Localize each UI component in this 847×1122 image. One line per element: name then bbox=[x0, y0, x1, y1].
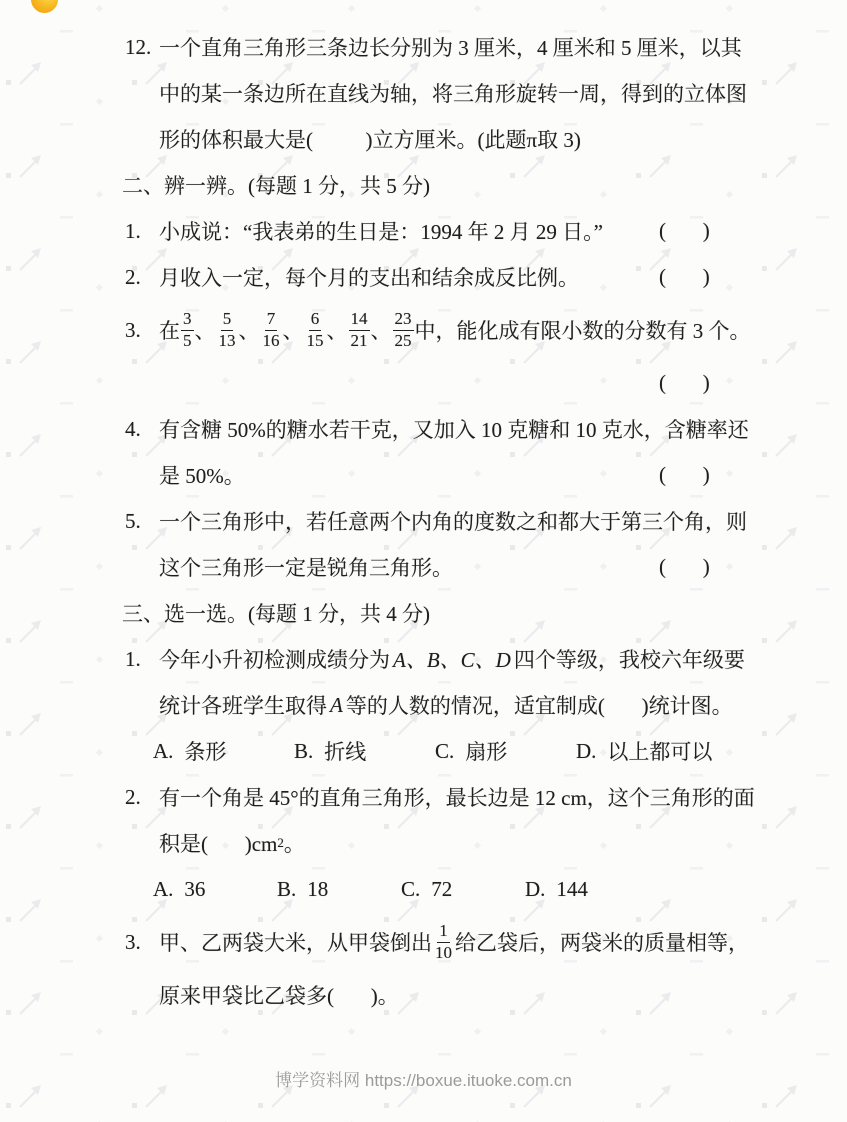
item-number: 1. bbox=[125, 647, 159, 672]
item-text: 统计各班学生取得 bbox=[159, 690, 327, 720]
tf-item-5-line1: 5. 一个三角形中，若任意两个内角的度数之和都大于第三个角，则 bbox=[0, 498, 847, 544]
option-b: B.折线 bbox=[294, 736, 435, 766]
question-text: 形的体积最大是( )立方厘米。(此题π取 3) bbox=[159, 124, 581, 154]
question-12-line2: 中的某一条边所在直线为轴，将三角形旋转一周，得到的立体图 bbox=[0, 70, 847, 116]
page-footer: 博学资料网 https://boxue.ituoke.com.cn bbox=[0, 1066, 847, 1091]
item-text: 中，能化成有限小数的分数有 3 个。 bbox=[415, 315, 751, 345]
fraction-14-21: 1421 bbox=[349, 309, 370, 350]
item-text: 有含糖 50%的糖水若干克，又加入 10 克糖和 10 克水，含糖率还 bbox=[159, 414, 749, 444]
section-title: 三、选一选。(每题 1 分，共 4 分) bbox=[122, 598, 430, 628]
answer-paren: ( ) bbox=[659, 463, 710, 488]
answer-paren: ( ) bbox=[659, 219, 710, 244]
mc-q3-line1: 3. 甲、乙两袋大米，从甲袋倒出 110 给乙袋后，两袋米的质量相等， bbox=[0, 912, 847, 972]
answer-paren: ( ) bbox=[659, 555, 710, 580]
item-text: 在 bbox=[159, 315, 180, 345]
item-number: 2. bbox=[125, 265, 159, 290]
tf-section-header: 二、辨一辨。(每题 1 分，共 5 分) bbox=[0, 162, 847, 208]
question-12-line3: 形的体积最大是( )立方厘米。(此题π取 3) bbox=[0, 116, 847, 162]
fraction-7-16: 716 bbox=[261, 309, 282, 350]
fraction-separator: 、 bbox=[327, 315, 348, 345]
item-text: 四个等级，我校六年级要 bbox=[514, 644, 745, 674]
mc-q2-options: A.36 B.18 C.72 D.144 bbox=[0, 866, 847, 912]
option-c: C.72 bbox=[401, 877, 525, 902]
fraction-separator: 、 bbox=[239, 315, 260, 345]
grade-letter-a: A bbox=[327, 693, 346, 718]
grade-letters: A、B、C、D bbox=[390, 644, 514, 674]
item-number: 1. bbox=[125, 219, 159, 244]
item-text: 是 50%。 bbox=[159, 460, 245, 490]
mc-q2-line1: 2. 有一个角是 45°的直角三角形，最长边是 12 cm，这个三角形的面 bbox=[0, 774, 847, 820]
tf-item-1: 1. 小成说：“我表弟的生日是：1994 年 2 月 29 日。” ( ) bbox=[0, 208, 847, 254]
exam-content: 12. 一个直角三角形三条边长分别为 3 厘米，4 厘米和 5 厘米，以其 中的… bbox=[0, 24, 847, 1018]
question-text: 一个直角三角形三条边长分别为 3 厘米，4 厘米和 5 厘米，以其 bbox=[159, 32, 742, 62]
option-d: D.144 bbox=[525, 877, 588, 902]
tf-item-4-line1: 4. 有含糖 50%的糖水若干克，又加入 10 克糖和 10 克水，含糖率还 bbox=[0, 406, 847, 452]
fraction-5-13: 513 bbox=[217, 309, 238, 350]
footer-site-text: 博学资料网 https://boxue.ituoke.com.cn bbox=[275, 1071, 572, 1090]
fraction-23-25: 2325 bbox=[393, 309, 414, 350]
item-text: 月收入一定，每个月的支出和结余成反比例。 bbox=[159, 262, 579, 292]
item-text: 一个三角形中，若任意两个内角的度数之和都大于第三个角，则 bbox=[159, 506, 747, 536]
item-text: 有一个角是 45°的直角三角形，最长边是 12 cm，这个三角形的面 bbox=[159, 782, 755, 812]
item-text: 等的人数的情况，适宜制成( )统计图。 bbox=[346, 690, 733, 720]
tf-item-4-line2: 是 50%。 ( ) bbox=[0, 452, 847, 498]
fraction-separator: 、 bbox=[195, 315, 216, 345]
item-text: 小成说：“我表弟的生日是：1994 年 2 月 29 日。” bbox=[159, 216, 603, 246]
exam-page: 12. 一个直角三角形三条边长分别为 3 厘米，4 厘米和 5 厘米，以其 中的… bbox=[0, 0, 847, 1122]
option-b: B.18 bbox=[277, 877, 401, 902]
fraction-separator: 、 bbox=[371, 315, 392, 345]
option-a: A.条形 bbox=[153, 736, 294, 766]
option-a: A.36 bbox=[153, 877, 277, 902]
mc-q1-line1: 1. 今年小升初检测成绩分为 A、B、C、D 四个等级，我校六年级要 bbox=[0, 636, 847, 682]
section-title: 二、辨一辨。(每题 1 分，共 5 分) bbox=[122, 170, 430, 200]
answer-paren: ( ) bbox=[659, 371, 710, 396]
item-text: 积是( )cm bbox=[159, 828, 277, 858]
mc-q3-line2: 原来甲袋比乙袋多( )。 bbox=[0, 972, 847, 1018]
mc-q2-line2: 积是( )cm2。 bbox=[0, 820, 847, 866]
item-number: 2. bbox=[125, 785, 159, 810]
item-text: 。 bbox=[284, 828, 305, 858]
answer-paren: ( ) bbox=[659, 265, 710, 290]
item-number: 3. bbox=[125, 318, 159, 343]
item-text: 今年小升初检测成绩分为 bbox=[159, 644, 390, 674]
mc-q1-line2: 统计各班学生取得 A 等的人数的情况，适宜制成( )统计图。 bbox=[0, 682, 847, 728]
question-number: 12. bbox=[125, 35, 159, 60]
mc-q1-options: A.条形 B.折线 C.扇形 D.以上都可以 bbox=[0, 728, 847, 774]
fraction-6-15: 615 bbox=[305, 309, 326, 350]
fraction-3-5: 35 bbox=[181, 309, 194, 350]
option-c: C.扇形 bbox=[435, 736, 576, 766]
tf-item-3-answer-row: ( ) bbox=[0, 360, 847, 406]
mc-section-header: 三、选一选。(每题 1 分，共 4 分) bbox=[0, 590, 847, 636]
tf-item-2: 2. 月收入一定，每个月的支出和结余成反比例。 ( ) bbox=[0, 254, 847, 300]
fraction-1-10: 110 bbox=[433, 921, 454, 962]
item-number: 5. bbox=[125, 509, 159, 534]
question-text: 中的某一条边所在直线为轴，将三角形旋转一周，得到的立体图 bbox=[159, 78, 747, 108]
question-12-line1: 12. 一个直角三角形三条边长分别为 3 厘米，4 厘米和 5 厘米，以其 bbox=[0, 24, 847, 70]
item-text: 原来甲袋比乙袋多( )。 bbox=[159, 980, 399, 1010]
item-number: 3. bbox=[125, 930, 159, 955]
tf-item-3: 3. 在 35 、 513 、 716 、 615 、 1421 、 2325 … bbox=[0, 300, 847, 360]
tf-item-5-line2: 这个三角形一定是锐角三角形。 ( ) bbox=[0, 544, 847, 590]
fraction-separator: 、 bbox=[283, 315, 304, 345]
item-text: 给乙袋后，两袋米的质量相等， bbox=[455, 927, 749, 957]
item-text: 甲、乙两袋大米，从甲袋倒出 bbox=[159, 927, 432, 957]
item-text: 这个三角形一定是锐角三角形。 bbox=[159, 552, 453, 582]
item-number: 4. bbox=[125, 417, 159, 442]
option-d: D.以上都可以 bbox=[576, 736, 712, 766]
